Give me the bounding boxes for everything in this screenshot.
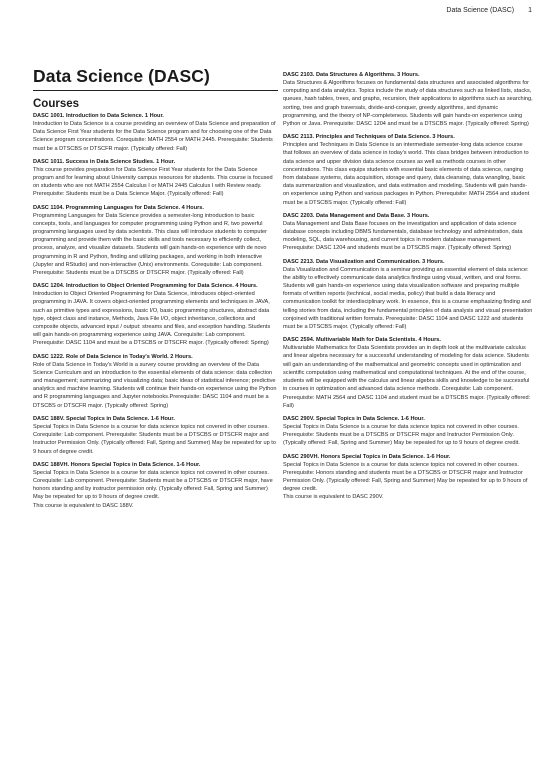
left-column: Data Science (DASC) Courses DASC 1001. I… <box>33 66 278 515</box>
course-title: DASC 2113. Principles and Techniques of … <box>283 133 533 141</box>
course-entry: DASC 290V. Special Topics in Data Scienc… <box>283 415 533 448</box>
course-entry: DASC 1001. Introduction to Data Science.… <box>33 112 278 153</box>
course-title: DASC 1011. Success in Data Science Studi… <box>33 158 278 166</box>
course-entry: DASC 2113. Principles and Techniques of … <box>283 133 533 207</box>
course-entry: DASC 2594. Multivariable Math for Data S… <box>283 336 533 410</box>
course-title: DASC 188V. Special Topics in Data Scienc… <box>33 415 278 423</box>
course-description: Special Topics in Data Science is a cour… <box>33 469 278 502</box>
course-entry: DASC 1222. Role of Data Science in Today… <box>33 353 278 410</box>
course-entry: DASC 2103. Data Structures & Algorithms.… <box>283 71 533 128</box>
course-equivalence-note: This course is equivalent to DASC 290V. <box>283 493 533 501</box>
course-equivalence-note: This course is equivalent to DASC 188V. <box>33 502 278 510</box>
running-header: Data Science (DASC) 1 <box>446 7 532 14</box>
course-title: DASC 290VH. Honors Special Topics in Dat… <box>283 453 533 461</box>
section-title: Courses <box>33 98 278 110</box>
course-title: DASC 2103. Data Structures & Algorithms.… <box>283 71 533 79</box>
course-description: Special Topics in Data Science is a cour… <box>33 423 278 456</box>
course-entry: DASC 188V. Special Topics in Data Scienc… <box>33 415 278 456</box>
course-description: Introduction to Object Oriented Programm… <box>33 290 278 347</box>
course-title: DASC 2213. Data Visualization and Commun… <box>283 258 533 266</box>
course-description: This course provides preparation for Dat… <box>33 166 278 199</box>
course-description: Role of Data Science in Today's World is… <box>33 361 278 410</box>
page-number: 1 <box>528 7 532 14</box>
course-entry: DASC 1011. Success in Data Science Studi… <box>33 158 278 199</box>
course-entry: DASC 188VH. Honors Special Topics in Dat… <box>33 461 278 510</box>
course-title: DASC 188VH. Honors Special Topics in Dat… <box>33 461 278 469</box>
course-title: DASC 1222. Role of Data Science in Today… <box>33 353 278 361</box>
course-title: DASC 2594. Multivariable Math for Data S… <box>283 336 533 344</box>
course-entry: DASC 1104. Programming Languages for Dat… <box>33 204 278 278</box>
course-title: DASC 1104. Programming Languages for Dat… <box>33 204 278 212</box>
page-title: Data Science (DASC) <box>33 66 278 91</box>
course-title: DASC 1204. Introduction to Object Orient… <box>33 282 278 290</box>
course-entry: DASC 2203. Data Management and Data Base… <box>283 212 533 253</box>
course-entry: DASC 290VH. Honors Special Topics in Dat… <box>283 453 533 502</box>
course-description: Data Management and Data Base focuses on… <box>283 220 533 253</box>
course-description: Data Visualization and Communication is … <box>283 266 533 332</box>
course-description: Special Topics in Data Science is a cour… <box>283 423 533 448</box>
course-entry: DASC 1204. Introduction to Object Orient… <box>33 282 278 347</box>
course-title: DASC 2203. Data Management and Data Base… <box>283 212 533 220</box>
course-title: DASC 1001. Introduction to Data Science.… <box>33 112 278 120</box>
right-column: DASC 2103. Data Structures & Algorithms.… <box>283 16 533 507</box>
course-description: Multivariable Mathematics for Data Scien… <box>283 344 533 410</box>
course-description: Principles and Techniques in Data Scienc… <box>283 141 533 207</box>
course-description: Programming Languages for Data Science p… <box>33 212 278 278</box>
course-description: Introduction to Data Science is a course… <box>33 120 278 153</box>
course-description: Special Topics in Data Science is a cour… <box>283 461 533 494</box>
course-title: DASC 290V. Special Topics in Data Scienc… <box>283 415 533 423</box>
running-title: Data Science (DASC) <box>446 7 514 14</box>
course-description: Data Structures & Algorithms focuses on … <box>283 79 533 128</box>
course-entry: DASC 2213. Data Visualization and Commun… <box>283 258 533 332</box>
